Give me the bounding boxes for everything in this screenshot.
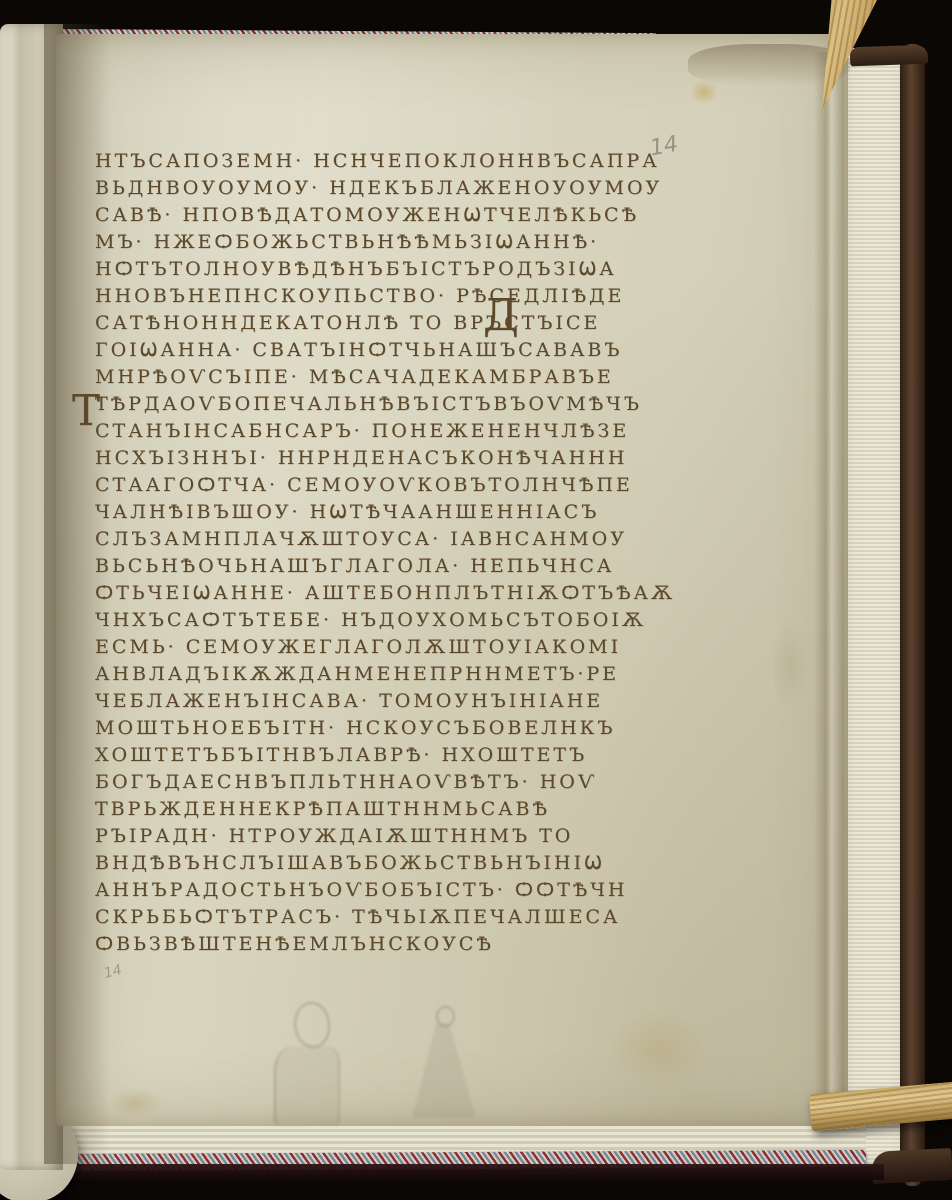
text-line: ТѢРДАОѴБОПЕЧАЛЬНѢВЪІСТЪВЪОѴМѢЧЪ bbox=[95, 391, 715, 418]
text-line: СТАНЪІНСАБНСАРЪ· ПОНЕЖЕНЕНЧЛѢЗЕ bbox=[95, 418, 715, 445]
sketch-head bbox=[294, 1002, 330, 1048]
manuscript-photo: ОТЪѢТРЪАСКЮДЬСЬНЪЛЬШТБРАТА БРАННКЪВОУѺРО… bbox=[0, 0, 952, 1200]
text-line: РЪІРАДН· НТРОУЖДАІѪШТННМЪ ТО bbox=[95, 823, 715, 850]
fore-edge-pages-right bbox=[843, 48, 907, 1166]
text-line: СТААГОѺТЧА· СЕМОУОѴКОВЪТОЛНЧѢПЕ bbox=[95, 472, 715, 499]
text-line: АННЪРАДОСТЬНЪОѴБОБЪІСТЪ· ѺѺТѢЧН bbox=[95, 877, 715, 904]
text-line: ВЬДНВОУОУМОУ· НДЕКЪБЛАЖЕНОУОУМОУ bbox=[95, 175, 715, 202]
leather-cover-right-edge bbox=[900, 44, 925, 1186]
leather-cover-top-corner bbox=[850, 45, 929, 67]
sketch-figure-right bbox=[412, 1006, 478, 1118]
sketch-figure-left bbox=[268, 1000, 350, 1126]
text-line: МОШТЬНОЕБЪІТН· НСКОУСЪБОВЕЛНКЪ bbox=[95, 715, 715, 742]
stain bbox=[690, 80, 718, 104]
text-line: НТЪСАПОЗЕМН· НСНЧЕПОКЛОННВЪСАПРА bbox=[95, 148, 715, 175]
stain bbox=[108, 1088, 164, 1118]
large-initial-d: Д bbox=[483, 290, 519, 341]
text-line: АНВЛАДЪІКѪЖДАНМЕНЕПРННМЕТЪ·РЕ bbox=[95, 661, 715, 688]
text-line: СЛЪЗАМНПЛАЧѪШТОУСА· ІАВНСАНМОУ bbox=[95, 526, 715, 553]
folio-number-pencil: 14 bbox=[648, 132, 680, 161]
text-line: ВЬСЬНѢОЧЬНАШЪГЛАГОЛА· НЕПЬЧНСА bbox=[95, 553, 715, 580]
sketch-robe bbox=[412, 1023, 476, 1118]
text-line: ѺВЬЗВѢШТЕНѢЕМЛЪНСКОУСѢ bbox=[95, 931, 715, 958]
text-line: НСХЪІЗННЪІ· ННРНДЕНАСЪКОНѢЧАННН bbox=[95, 445, 715, 472]
text-line: ХОШТЕТЪБЪІТНВЪЛАВРѢ· НХОШТЕТЪ bbox=[95, 742, 715, 769]
text-line: МЪ· НЖЕѺБОЖЬСТВЬНѢѢМЬЗІѠАННѢ· bbox=[95, 229, 715, 256]
text-line: ЕСМЬ· СЕМОУЖЕГЛАГОЛѪШТОУІАКОМІ bbox=[95, 634, 715, 661]
text-line: ЧЕБЛАЖЕНЪІНСАВА· ТОМОУНЪІНІАНЕ bbox=[95, 688, 715, 715]
stain bbox=[608, 1010, 708, 1088]
text-line: НѺТЪТОЛНОУВѢДѢНЪБЪІСТЪРОДЪЗІѠА bbox=[95, 256, 715, 283]
text-line: БОГЪДАЕСНВЪПЛЬТННАОѴВѢТЪ· НОѴ bbox=[95, 769, 715, 796]
text-line: ННОВЪНЕПНСКОУПЬСТВО· РѢСЕДЛІѢДЕ bbox=[95, 283, 715, 310]
sketch-body bbox=[274, 1046, 340, 1126]
text-line: ЧНХЪСАѺТЪТЕБЕ· НЪДОУХОМЬСЪТОБОІѪ bbox=[95, 607, 715, 634]
text-line: МНРѢОѴСЪІПЕ· МѢСАЧАДЕКАМБРАВЪЕ bbox=[95, 364, 715, 391]
text-line: ЧАЛНѢІВЪШОУ· НѠТѢЧААНШЕННІАСЪ bbox=[95, 499, 715, 526]
text-block: НТЪСАПОЗЕМН· НСНЧЕПОКЛОННВЪСАПРАВЬДНВОУО… bbox=[95, 148, 715, 958]
text-line: САВѢ· НПОВѢДАТОМОУЖЕНѠТЧЕЛѢКЬСѢ bbox=[95, 202, 715, 229]
large-initial-t: Т bbox=[72, 386, 100, 435]
text-line: ВНДѢВЪНСЛЪІШАВЪБОЖЬСТВЬНЪІНІѠ bbox=[95, 850, 715, 877]
page-crease-right bbox=[814, 52, 844, 1120]
text-line: ГОІѠАННА· СВАТЪІНѺТЧЬНАШЪСАВАВЪ bbox=[95, 337, 715, 364]
text-line: САТѢНОННДЕКАТОНЛѢ ТО ВРЪСТЪІСЕ bbox=[95, 310, 715, 337]
text-line: ѺТЬЧЕІѠАННЕ· АШТЕБОНПЛЪТНІѪѺТЪѢАѪ bbox=[95, 580, 715, 607]
stain bbox=[770, 620, 810, 710]
text-line: СКРЬБЬѺТЪТРАСЪ· ТѢЧЬІѪПЕЧАЛШЕСА bbox=[95, 904, 715, 931]
text-line: ТВРЬЖДЕННЕКРѢПАШТННМЬСАВѢ bbox=[95, 796, 715, 823]
board-edge-bottom bbox=[56, 1164, 884, 1180]
